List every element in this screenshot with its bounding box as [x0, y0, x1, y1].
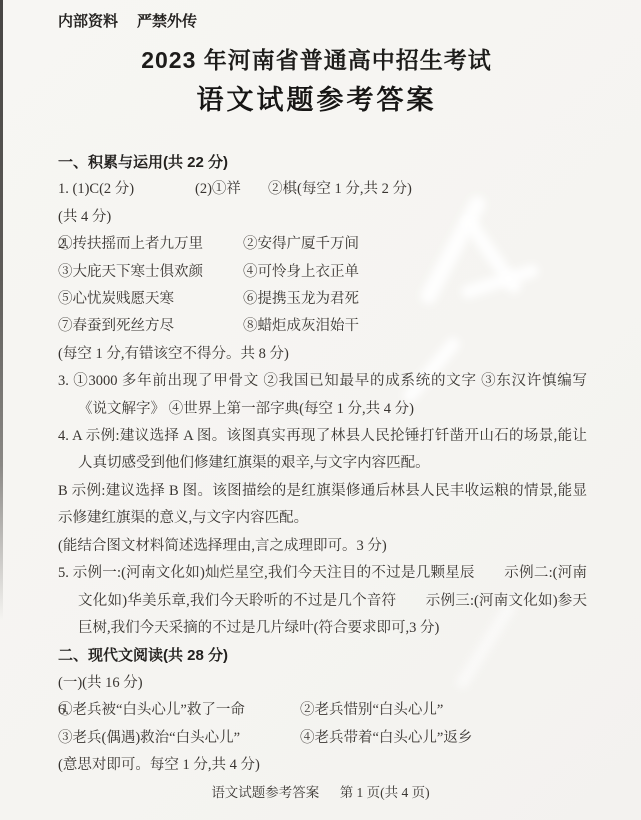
- footer-title: 语文试题参考答案: [211, 785, 319, 800]
- exam-title: 2023 年河南省普通高中招生考试: [0, 42, 633, 75]
- q2-answer: ⑤心忧炭贱愿天寒: [58, 286, 243, 313]
- q6-number: 6.: [58, 697, 69, 724]
- q2-answer: ①抟扶摇而上者九万里: [58, 231, 243, 258]
- q6-answer: ②老兵惜别“白头心儿”: [300, 697, 587, 724]
- q1-part2: (2)①祥: [195, 176, 268, 203]
- q4-example-a: 4. A 示例:建议选择 A 图。该图真实再现了林县人民抡锤打钎凿开山石的场景,…: [58, 423, 587, 478]
- page-footer: 语文试题参考答案 第 1 页(共 4 页): [0, 781, 641, 801]
- q6-answer: ④老兵带着“白头心儿”返乡: [300, 725, 587, 752]
- section1-heading: 一、积累与运用(共 22 分): [58, 149, 587, 176]
- q2-answer: ②安得广厦千万间: [243, 231, 587, 258]
- answer-body: 一、积累与运用(共 22 分) 1. (1)C(2 分) (2)①祥 ②棋(每空…: [58, 149, 587, 779]
- q2-answer: ⑥提携玉龙为君死: [243, 286, 587, 313]
- q6-answer-grid: ①老兵被“白头心儿”救了一命 ②老兵惜别“白头心儿” ③老兵(偶遇)救治“白头心…: [58, 697, 587, 752]
- q2-answer: ④可怜身上衣正单: [243, 259, 587, 286]
- paper-subtitle: 语文试题参考答案: [0, 78, 633, 117]
- q5-answer: 5. 示例一:(河南文化如)灿烂星空,我们今天注目的不过是几颗星辰 示例二:(河…: [58, 560, 587, 642]
- q2-answer-block: 2. ①抟扶摇而上者九万里 ②安得广厦千万间 ③大庇天下寒士俱欢颜 ④可怜身上衣…: [58, 231, 587, 341]
- q2-answer: ③大庇天下寒士俱欢颜: [58, 259, 243, 286]
- q2-number: 2.: [58, 231, 69, 258]
- footer-page-number: 第 1 页(共 4 页): [340, 785, 430, 800]
- q2-answer-grid: ①抟扶摇而上者九万里 ②安得广厦千万间 ③大庇天下寒士俱欢颜 ④可怜身上衣正单 …: [58, 231, 587, 341]
- q6-answer: ①老兵被“白头心儿”救了一命: [58, 697, 300, 724]
- q4-scoring-note: (能结合图文材料简述选择理由,言之成理即可。3 分): [58, 533, 587, 560]
- q1-answer-row: 1. (1)C(2 分) (2)①祥 ②棋(每空 1 分,共 2 分): [58, 176, 587, 203]
- q2-scoring-note: (每空 1 分,有错该空不得分。共 8 分): [58, 341, 587, 368]
- q1-part1: 1. (1)C(2 分): [58, 176, 195, 203]
- q6-answer-block: 6. ①老兵被“白头心儿”救了一命 ②老兵惜别“白头心儿” ③老兵(偶遇)救治“…: [58, 697, 587, 752]
- q3-answer: 3. ①3000 多年前出现了甲骨文 ②我国已知最早的成系统的文字 ③东汉许慎编…: [58, 368, 587, 423]
- q6-scoring-note: (意思对即可。每空 1 分,共 4 分): [58, 752, 587, 779]
- notice-right: 严禁外传: [137, 10, 197, 31]
- document-page: 内部资料 严禁外传 2023 年河南省普通高中招生考试 语文试题参考答案 一、积…: [0, 0, 641, 820]
- q6-answer: ③老兵(偶遇)救治“白头心儿”: [58, 725, 300, 752]
- notice-left: 内部资料: [58, 10, 118, 31]
- q2-answer: ⑦春蚕到死丝方尽: [58, 313, 243, 340]
- q1-total-score: (共 4 分): [58, 204, 587, 231]
- section2-heading: 二、现代文阅读(共 28 分): [58, 642, 587, 669]
- confidential-notice: 内部资料 严禁外传: [58, 10, 197, 31]
- section2-part1-label: (一)(共 16 分): [58, 670, 587, 697]
- q4-example-b: B 示例:建议选择 B 图。该图描绘的是红旗渠修通后林县人民丰收运粮的情景,能显…: [58, 478, 587, 533]
- q2-answer: ⑧蜡炬成灰泪始干: [243, 313, 587, 340]
- q1-part3: ②棋(每空 1 分,共 2 分): [268, 176, 587, 203]
